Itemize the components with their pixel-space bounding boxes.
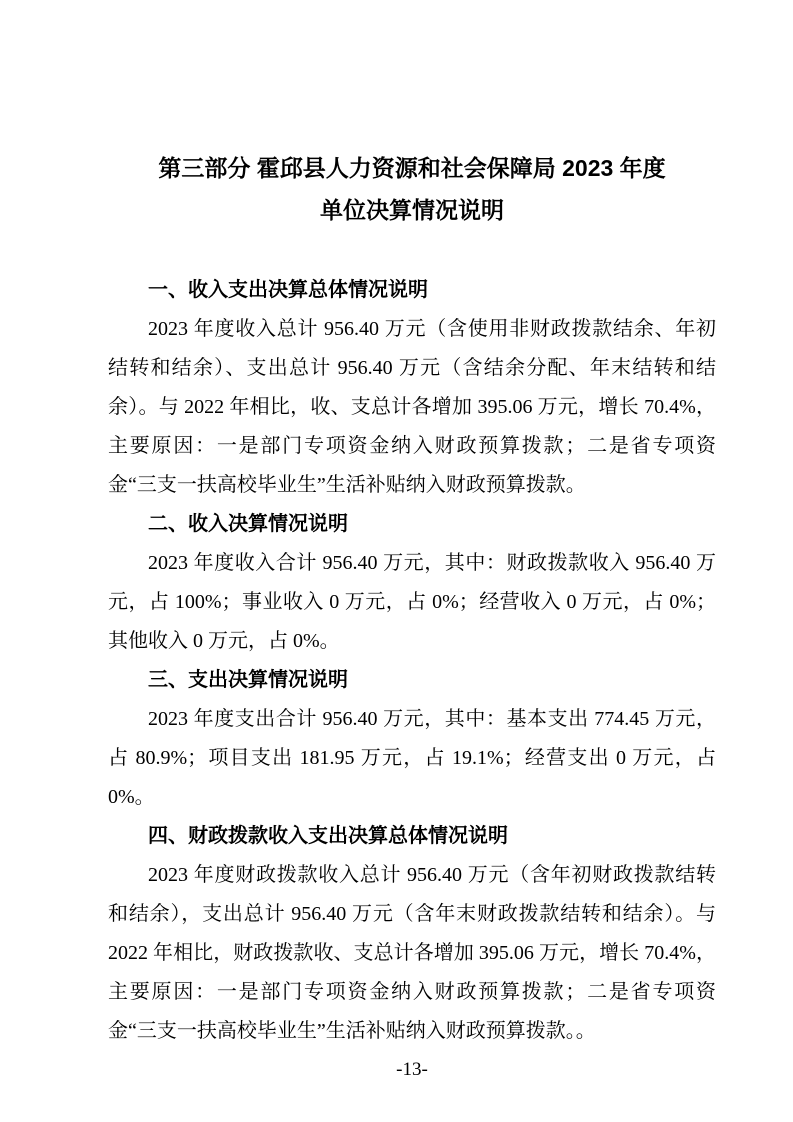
section-3-paragraph: 2023 年度支出合计 956.40 万元，其中：基本支出 774.45 万元，…: [108, 700, 716, 817]
section-3-heading: 三、支出决算情况说明: [108, 661, 716, 700]
document-title-line2: 单位决算情况说明: [108, 189, 716, 231]
section-4-paragraph: 2023 年度财政拨款收入总计 956.40 万元（含年初财政拨款结转和结余），…: [108, 856, 716, 1051]
document-body: 一、收入支出决算总体情况说明 2023 年度收入总计 956.40 万元（含使用…: [108, 271, 716, 1051]
section-4-heading: 四、财政拨款收入支出决算总体情况说明: [108, 817, 716, 856]
page-number: -13-: [108, 1057, 716, 1083]
section-2-heading: 二、收入决算情况说明: [108, 505, 716, 544]
document-title: 第三部分 霍邱县人力资源和社会保障局 2023 年度 单位决算情况说明: [108, 147, 716, 231]
section-1-paragraph: 2023 年度收入总计 956.40 万元（含使用非财政拨款结余、年初结转和结余…: [108, 310, 716, 505]
section-2-paragraph: 2023 年度收入合计 956.40 万元，其中：财政拨款收入 956.40 万…: [108, 544, 716, 661]
section-fiscal-appropriation-overview: 四、财政拨款收入支出决算总体情况说明 2023 年度财政拨款收入总计 956.4…: [108, 817, 716, 1051]
section-income-details: 二、收入决算情况说明 2023 年度收入合计 956.40 万元，其中：财政拨款…: [108, 505, 716, 661]
section-1-heading: 一、收入支出决算总体情况说明: [108, 271, 716, 310]
document-title-line1: 第三部分 霍邱县人力资源和社会保障局 2023 年度: [108, 147, 716, 189]
section-income-expenditure-overview: 一、收入支出决算总体情况说明 2023 年度收入总计 956.40 万元（含使用…: [108, 271, 716, 505]
document-page: 第三部分 霍邱县人力资源和社会保障局 2023 年度 单位决算情况说明 一、收入…: [0, 0, 793, 1122]
section-expenditure-details: 三、支出决算情况说明 2023 年度支出合计 956.40 万元，其中：基本支出…: [108, 661, 716, 817]
